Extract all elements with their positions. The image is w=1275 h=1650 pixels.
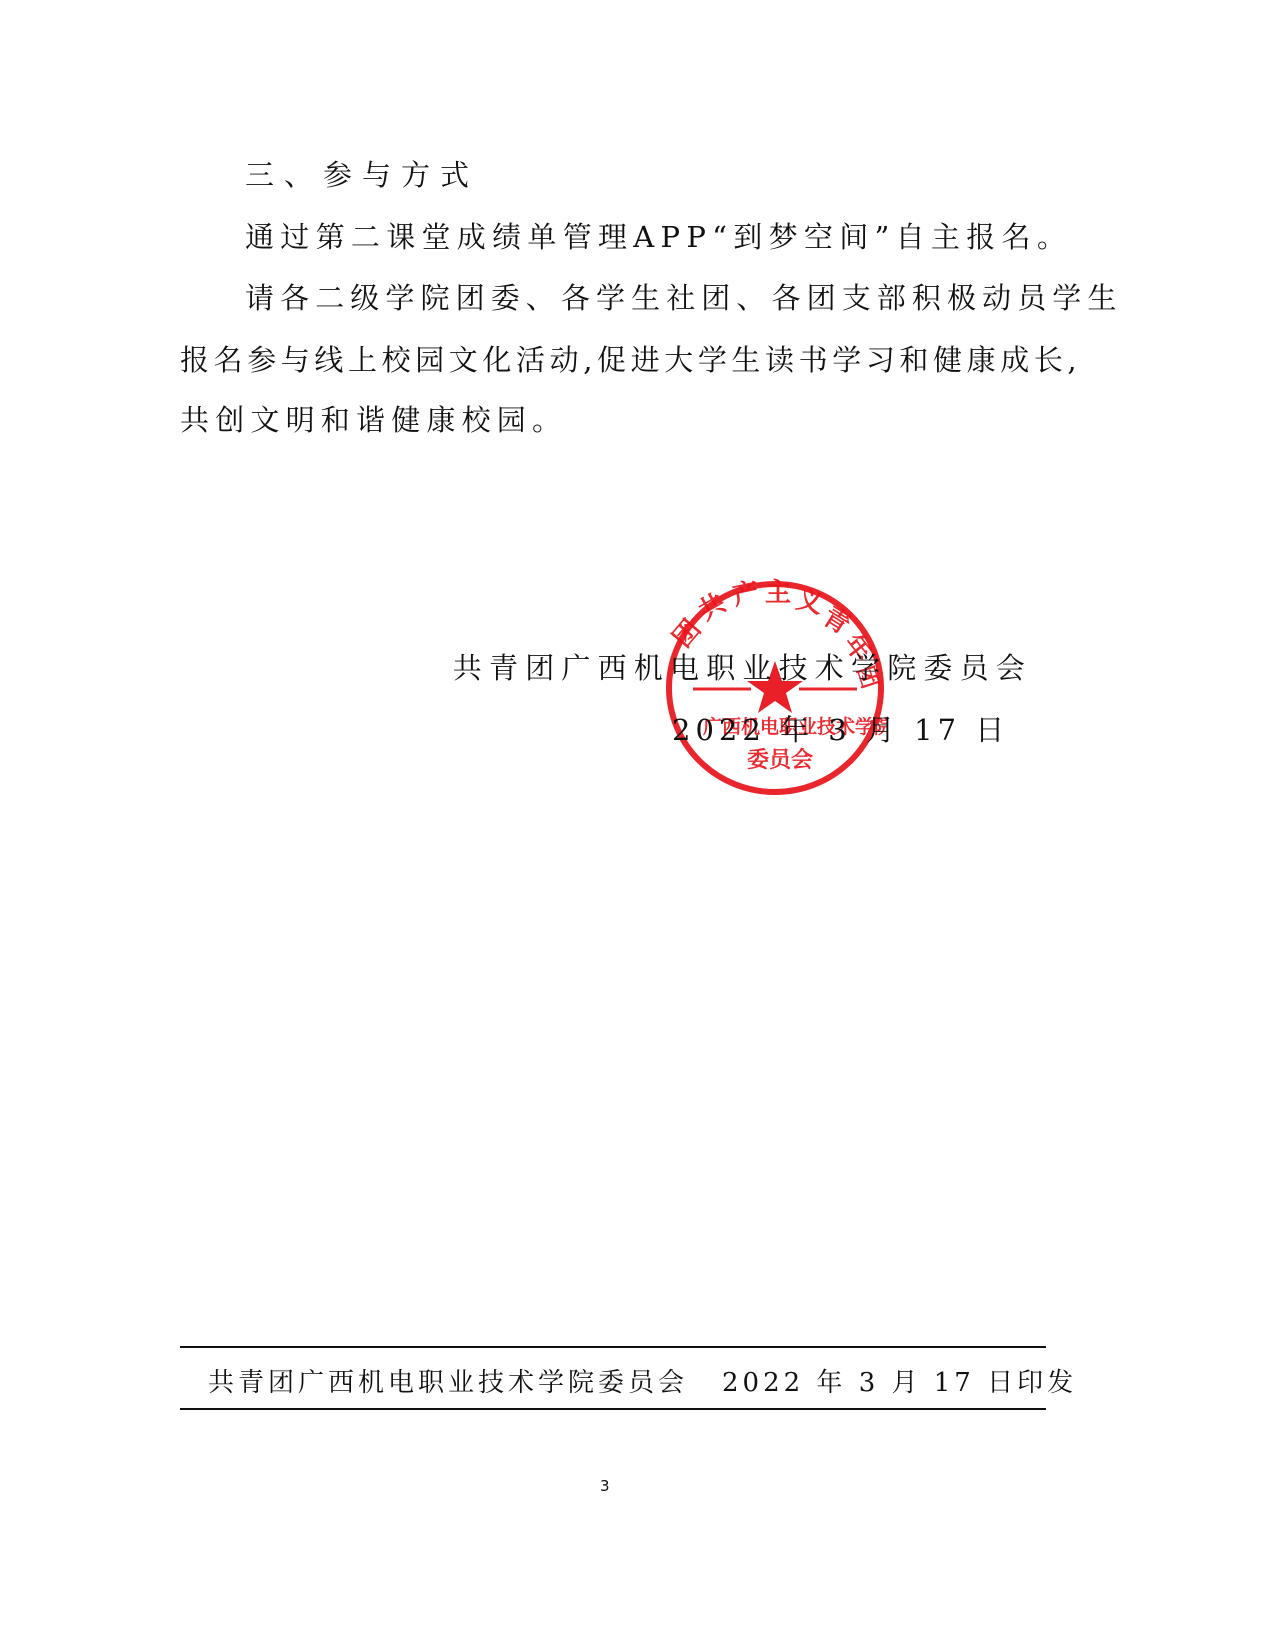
seal-icon: 团 共 产 主 义 青 年 团 广西机电职业技术学院 委员会	[663, 577, 887, 799]
svg-text:委员会: 委员会	[747, 747, 813, 773]
svg-text:青: 青	[817, 601, 855, 640]
svg-text:义: 义	[793, 585, 826, 620]
footer-divider-top	[180, 1346, 1046, 1348]
signature-organization: 共青团广西机电职业技术学院委员会	[453, 650, 1032, 686]
svg-text:主: 主	[765, 578, 791, 608]
paragraph-registration: 通过第二课堂成绩单管理APP“到梦空间”自主报名。	[245, 219, 1072, 255]
page-number: 3	[600, 1477, 610, 1495]
svg-text:团: 团	[667, 614, 707, 653]
paragraph-request-line-3: 共创文明和谐健康校园。	[180, 402, 567, 438]
paragraph-request-line-2: 报名参与线上校园文化活动,促进大学生读书学习和健康成长,	[180, 342, 1081, 378]
signature-date: 2022 年 3 月 17 日	[672, 712, 1009, 748]
footer-issue-date: 2022 年 3 月 17 日印发	[722, 1362, 1077, 1399]
footer-issuer: 共青团广西机电职业技术学院委员会	[208, 1362, 688, 1399]
paragraph-request-line-1: 请各二级学院团委、各学生社团、各团支部积极动员学生	[245, 280, 1123, 316]
footer-divider-bottom	[180, 1408, 1046, 1410]
section-heading: 三、参与方式	[245, 157, 479, 193]
svg-text:产: 产	[730, 577, 762, 612]
official-seal-stamp: 团 共 产 主 义 青 年 团 广西机电职业技术学院 委员会	[663, 577, 887, 799]
